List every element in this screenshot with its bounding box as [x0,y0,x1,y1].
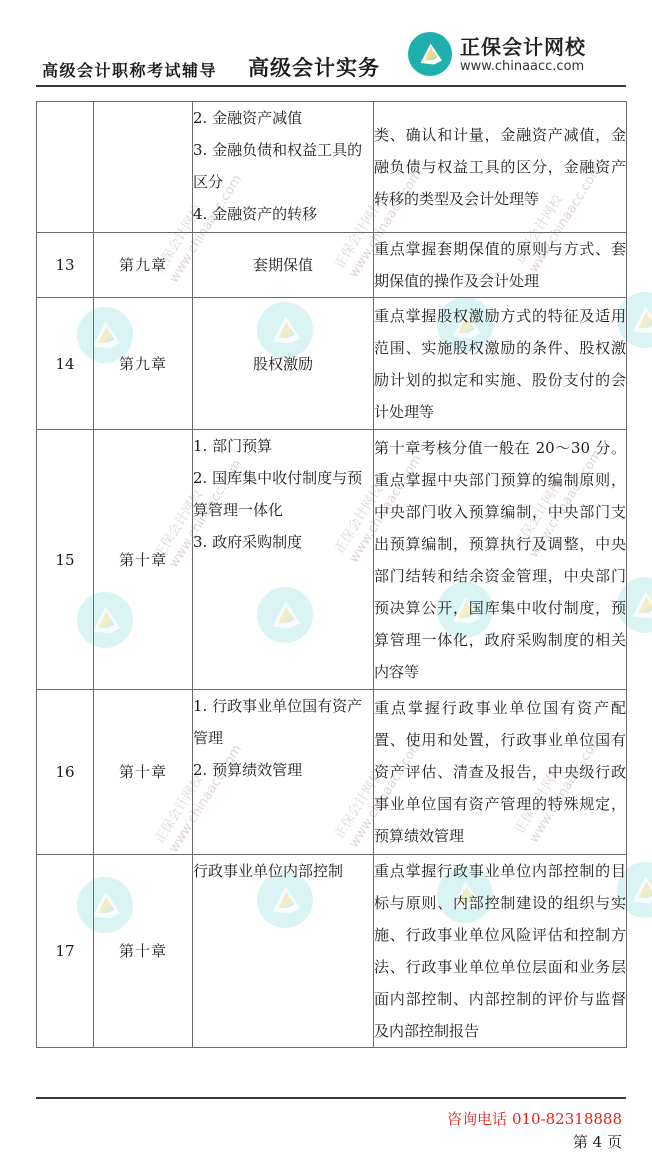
table-row: 16 第十章 1. 行政事业单位国有资产管理 2. 预算绩效管理 重点掌握行政事… [37,690,627,855]
topic-cell: 行政事业单位内部控制 [193,855,374,1048]
description-text: 重点掌握行政事业单位国有资产配置、使用和处置，行政事业单位国有资产评估、清查及报… [374,690,627,855]
row-number: 17 [37,855,94,1048]
chinaacc-logo: 正保会计网校 www.chinaacc.com [408,32,586,76]
table-row: 13 第九章 套期保值 重点掌握套期保值的原则与方式、套期保值的操作及会计处理 [37,233,627,298]
chapter-label: 第十章 [94,430,193,690]
topic-line: 2. 国库集中收付制度与预算管理一体化 [193,462,373,526]
topic-cell: 1. 行政事业单位国有资产管理 2. 预算绩效管理 [193,690,374,855]
chapter-label: 第九章 [94,233,193,298]
logo-url: www.chinaacc.com [460,59,586,74]
row-number: 15 [37,430,94,690]
topic-cell: 1. 部门预算 2. 国库集中收付制度与预算管理一体化 3. 政府采购制度 [193,430,374,690]
topic-line: 1. 行政事业单位国有资产管理 [193,690,373,754]
topic-cell: 股权激励 [193,298,374,430]
description-text: 重点掌握行政事业单位内部控制的目标与原则、内部控制建设的组织与实施、行政事业单位… [374,855,627,1048]
topic-cell: 2. 金融资产减值 3. 金融负债和权益工具的区分 4. 金融资产的转移 [193,102,374,233]
chinaacc-logo-icon [408,32,452,76]
row-number: 13 [37,233,94,298]
chapter-label [94,102,193,233]
topic-line: 3. 金融负债和权益工具的区分 [193,134,373,198]
table-row: 14 第九章 股权激励 重点掌握股权激励方式的特征及适用范围、实施股权激励的条件… [37,298,627,430]
row-number [37,102,94,233]
header-course-label: 高级会计职称考试辅导 [42,58,217,81]
topic-line: 2. 预算绩效管理 [193,754,373,786]
topic-line: 3. 政府采购制度 [193,526,373,558]
table-row: 15 第十章 1. 部门预算 2. 国库集中收付制度与预算管理一体化 3. 政府… [37,430,627,690]
description-text: 第十章考核分值一般在 20～30 分。重点掌握中央部门预算的编制原则，中央部门收… [374,430,627,690]
chapter-label: 第九章 [94,298,193,430]
topic-cell: 套期保值 [193,233,374,298]
document-page: 正保会计网校www.chinaacc.com正保会计网校www.chinaacc… [0,0,652,1170]
topic-line: 4. 金融资产的转移 [193,198,373,230]
logo-name: 正保会计网校 [460,35,586,59]
page-title: 高级会计实务 [248,52,380,82]
chapter-label: 第十章 [94,855,193,1048]
row-number: 14 [37,298,94,430]
footer-divider [36,1097,626,1099]
topic-line: 2. 金融资产减值 [193,102,373,134]
table-row: 2. 金融资产减值 3. 金融负债和权益工具的区分 4. 金融资产的转移 类、确… [37,102,627,233]
topic-line: 行政事业单位内部控制 [193,855,373,887]
description-text: 类、确认和计量，金融资产减值，金融负债与权益工具的区分，金融资产转移的类型及会计… [374,102,627,233]
table-row: 17 第十章 行政事业单位内部控制 重点掌握行政事业单位内部控制的目标与原则、内… [37,855,627,1048]
description-text: 重点掌握股权激励方式的特征及适用范围、实施股权激励的条件、股权激励计划的拟定和实… [374,298,627,430]
chapter-label: 第十章 [94,690,193,855]
header-divider [36,85,626,87]
row-number: 16 [37,690,94,855]
syllabus-table: 2. 金融资产减值 3. 金融负债和权益工具的区分 4. 金融资产的转移 类、确… [36,101,627,1048]
footer-phone: 咨询电话 010-82318888 [447,1108,622,1129]
topic-line: 1. 部门预算 [193,430,373,462]
description-text: 重点掌握套期保值的原则与方式、套期保值的操作及会计处理 [374,233,627,298]
footer-page-number: 第 4 页 [573,1131,622,1152]
